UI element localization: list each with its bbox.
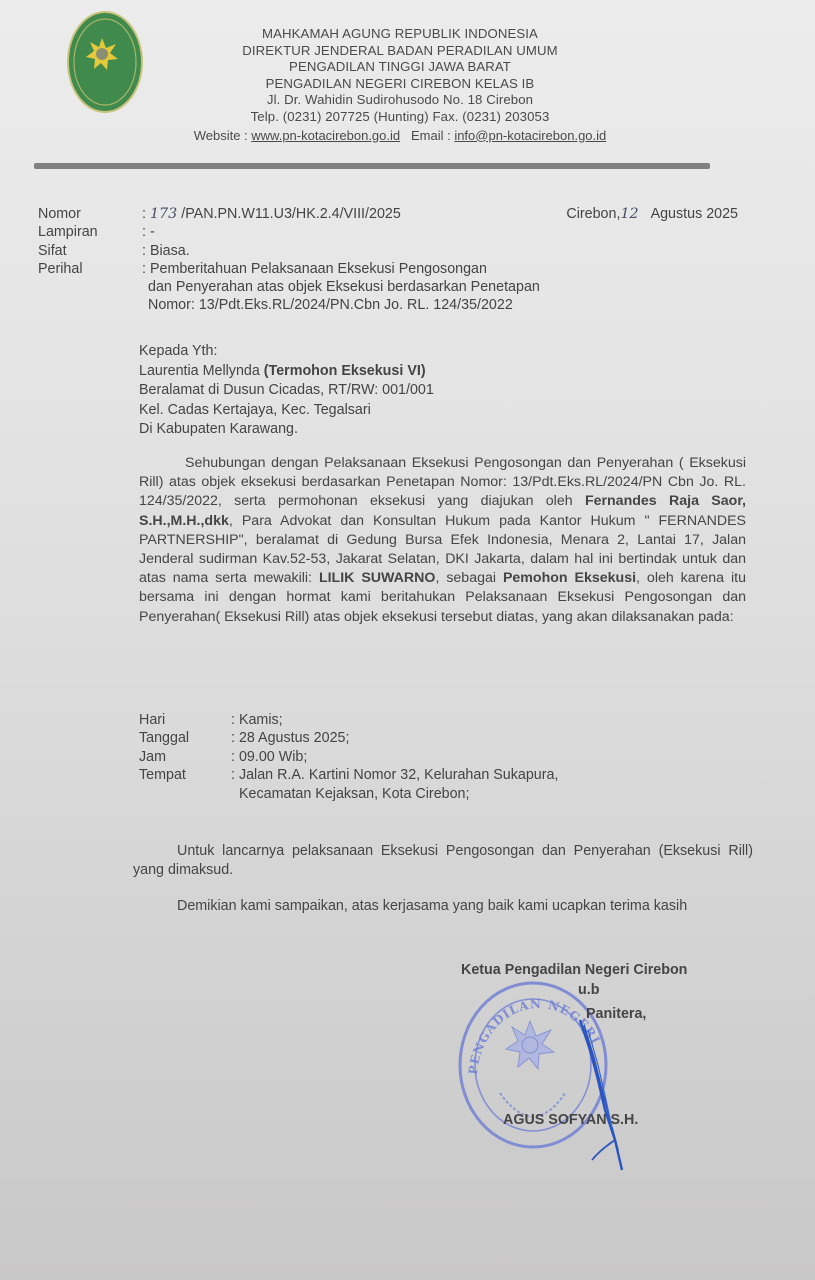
schedule-value: : 28 Agustus 2025;	[231, 729, 349, 747]
body-paragraph-text: Sehubungan dengan Pelaksanaan Eksekusi P…	[139, 454, 746, 627]
email-label: Email :	[411, 128, 454, 143]
schedule-label: Jam	[139, 748, 231, 766]
lampiran-row: Lampiran : -	[38, 223, 758, 241]
schedule-value-continued: Kecamatan Kejaksan, Kota Cirebon;	[139, 785, 558, 803]
perihal-line: Nomor: 13/Pdt.Eks.RL/2024/PN.Cbn Jo. RL.…	[38, 296, 758, 314]
date-day-handwritten: 12	[620, 206, 638, 222]
closing-paragraph: Demikian kami sampaikan, atas kerjasama …	[133, 897, 753, 916]
signatory-title: Ketua Pengadilan Negeri Cirebon	[461, 962, 687, 978]
nomor-text: /PAN.PN.W11.U3/HK.2.4/VIII/2025	[177, 206, 401, 222]
letterhead-line: Telp. (0231) 207725 (Hunting) Fax. (0231…	[140, 109, 660, 126]
schedule-label: Hari	[139, 711, 231, 729]
recipient-name: Laurentia Mellynda	[139, 363, 264, 379]
website-label: Website :	[194, 128, 252, 143]
recipient-greeting: Kepada Yth:	[139, 342, 434, 362]
closing-paragraphs: Untuk lancarnya pelaksanaan Eksekusi Pen…	[133, 842, 753, 933]
schedule-label: Tempat	[139, 766, 231, 784]
email-link[interactable]: info@pn-kotacirebon.go.id	[454, 128, 606, 143]
sifat-label: Sifat	[38, 242, 142, 260]
letterhead-contact: Website : www.pn-kotacirebon.go.id Email…	[140, 128, 660, 144]
perihal-line: Pemberitahuan Pelaksanaan Eksekusi Pengo…	[150, 261, 487, 277]
perihal-line: dan Penyerahan atas objek Eksekusi berda…	[38, 278, 758, 296]
schedule-row-tempat: Tempat: Jalan R.A. Kartini Nomor 32, Kel…	[139, 766, 558, 784]
execution-schedule: Hari: Kamis; Tanggal: 28 Agustus 2025; J…	[139, 711, 558, 803]
recipient-address-line: Beralamat di Dusun Cicadas, RT/RW: 001/0…	[139, 381, 434, 401]
applicant-name: LILIK SUWARNO	[319, 570, 436, 586]
body-paragraph: Sehubungan dengan Pelaksanaan Eksekusi P…	[139, 454, 746, 627]
nomor-label: Nomor	[38, 205, 142, 223]
letterhead-line: DIREKTUR JENDERAL BADAN PERADILAN UMUM	[140, 43, 660, 60]
letterhead-line: Jl. Dr. Wahidin Sudirohusodo No. 18 Cire…	[140, 92, 660, 109]
applicant-role: Pemohon Eksekusi	[503, 570, 636, 586]
schedule-row-hari: Hari: Kamis;	[139, 711, 558, 729]
signatory-ub: u.b	[578, 982, 599, 998]
schedule-row-tanggal: Tanggal: 28 Agustus 2025;	[139, 729, 558, 747]
lampiran-value: : -	[142, 223, 155, 241]
letterhead-divider	[34, 163, 710, 169]
supreme-court-emblem-icon	[66, 10, 144, 114]
lampiran-label: Lampiran	[38, 223, 142, 241]
schedule-value: : Jalan R.A. Kartini Nomor 32, Kelurahan…	[231, 766, 558, 784]
recipient-block: Kepada Yth: Laurentia Mellynda (Termohon…	[139, 342, 434, 440]
letter-page: MAHKAMAH AGUNG REPUBLIK INDONESIA DIREKT…	[0, 0, 815, 1280]
schedule-label: Tanggal	[139, 729, 231, 747]
letterhead-line: PENGADILAN NEGERI CIREBON KELAS IB	[140, 76, 660, 93]
date-month-year: Agustus 2025	[651, 206, 738, 222]
schedule-value: : 09.00 Wib;	[231, 748, 307, 766]
letterhead-line: MAHKAMAH AGUNG REPUBLIK INDONESIA	[140, 26, 660, 43]
closing-paragraph: Untuk lancarnya pelaksanaan Eksekusi Pen…	[133, 842, 753, 880]
nomor-value: : 173 /PAN.PN.W11.U3/HK.2.4/VIII/2025	[142, 205, 401, 223]
letter-meta: Nomor : 173 /PAN.PN.W11.U3/HK.2.4/VIII/2…	[38, 205, 758, 315]
recipient-role: (Termohon Eksekusi VI)	[264, 363, 426, 379]
recipient-address-line: Kel. Cadas Kertajaya, Kec. Tegalsari	[139, 401, 434, 421]
schedule-row-jam: Jam: 09.00 Wib;	[139, 748, 558, 766]
sifat-row: Sifat : Biasa.	[38, 242, 758, 260]
schedule-value: : Kamis;	[231, 711, 283, 729]
recipient-address-line: Di Kabupaten Karawang.	[139, 420, 434, 440]
body-text: , sebagai	[435, 570, 503, 586]
letterhead: MAHKAMAH AGUNG REPUBLIK INDONESIA DIREKT…	[140, 26, 660, 144]
handwritten-signature-icon	[560, 1010, 640, 1180]
sifat-value: : Biasa.	[142, 242, 190, 260]
date-city: Cirebon,	[566, 206, 620, 222]
recipient-name-line: Laurentia Mellynda (Termohon Eksekusi VI…	[139, 362, 434, 382]
perihal-value: : Pemberitahuan Pelaksanaan Eksekusi Pen…	[142, 260, 487, 278]
website-link[interactable]: www.pn-kotacirebon.go.id	[251, 128, 400, 143]
sifat-text: Biasa.	[150, 243, 190, 259]
lampiran-text: -	[150, 224, 155, 240]
nomor-handwritten: 173	[150, 206, 177, 222]
letter-date: Cirebon,12 Agustus 2025	[566, 205, 738, 223]
perihal-row: Perihal : Pemberitahuan Pelaksanaan Ekse…	[38, 260, 758, 278]
perihal-label: Perihal	[38, 260, 142, 278]
letterhead-line: PENGADILAN TINGGI JAWA BARAT	[140, 59, 660, 76]
